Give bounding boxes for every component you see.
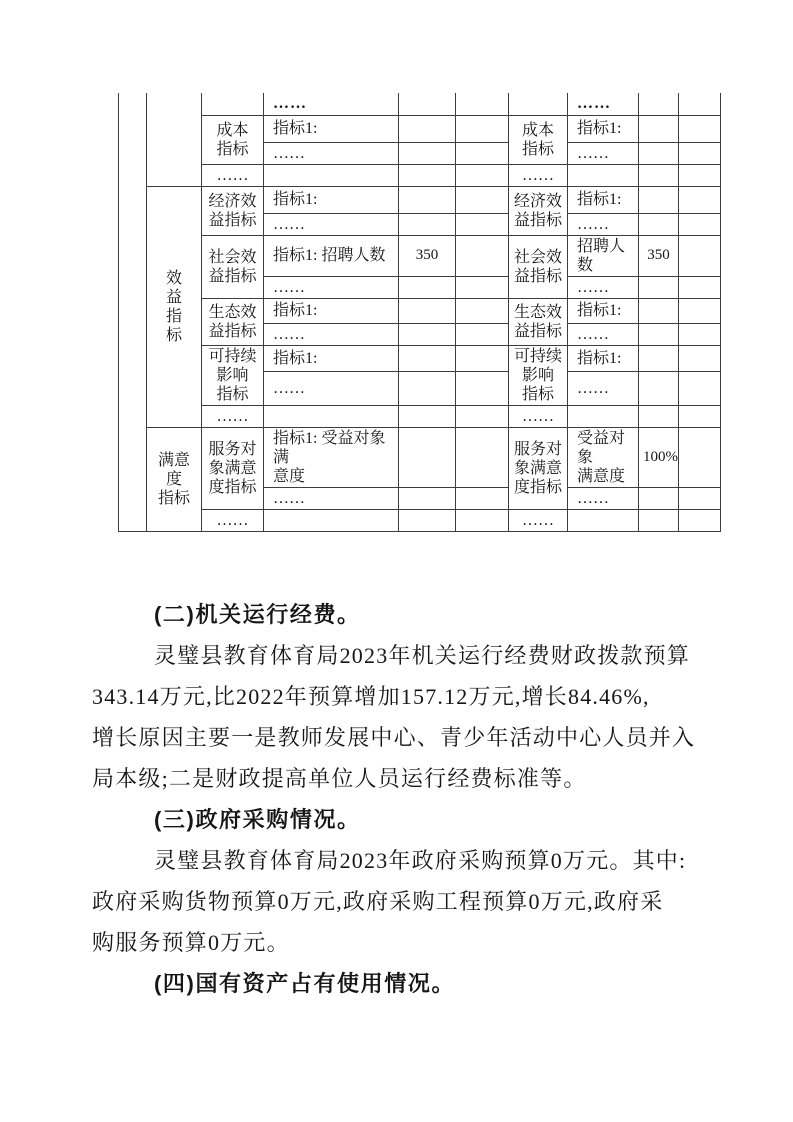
value-cell-empty [639, 405, 679, 427]
value-cell-empty [399, 405, 456, 427]
value-cell-empty [639, 164, 679, 186]
table-row: 效 益 指 标 经济效 益指标 指标1: 经济效 益指标 指标1: [119, 186, 721, 213]
value-cell-empty [639, 142, 679, 164]
value-cell-empty [399, 164, 456, 186]
value-cell-empty [399, 276, 456, 298]
value-cell-empty [639, 186, 679, 213]
indicator-cell-empty [264, 509, 399, 531]
value-cell-empty [399, 298, 456, 323]
indicator1-cell: 指标1: [264, 345, 399, 371]
indicator-beneficiary-left: 指标1: 受益对象满 意度 [264, 427, 399, 487]
value-recruitment-left: 350 [399, 235, 456, 276]
value-cell-empty [639, 213, 679, 235]
subcat-service-left: 服务对 象满意 度指标 [202, 427, 264, 509]
value-cell-empty [639, 298, 679, 323]
table-row: …… …… [119, 509, 721, 531]
indicator-recruitment-left: 指标1: 招聘人数 [264, 235, 399, 276]
indicator-ellipsis-right: …… [568, 93, 639, 115]
paragraph-line: 灵璧县教育体育局2023年政府采购预算0万元。其中: [92, 840, 717, 881]
subcat-economic-left: 经济效 益指标 [202, 186, 264, 235]
ellipsis-cell: …… [264, 142, 399, 164]
table-row: …… …… [119, 405, 721, 427]
value-cell-empty [399, 115, 456, 142]
indicator-ellipsis-left: …… [264, 93, 399, 115]
spare-cell-empty [456, 405, 509, 427]
value-cell-empty [639, 487, 679, 509]
spare-cell-empty [456, 509, 509, 531]
value-satisfaction-right: 100% [639, 427, 679, 487]
indicator-cell-empty [568, 164, 639, 186]
value-cell-empty [399, 487, 456, 509]
value-cell-empty [399, 93, 456, 115]
spare-cell-empty [456, 427, 509, 487]
spare-cell-empty [456, 142, 509, 164]
spare-cell-empty [456, 235, 509, 276]
spare-cell-empty [456, 371, 509, 405]
spare-cell-empty [456, 276, 509, 298]
indicator-beneficiary-right: 受益对象 满意度 [568, 427, 639, 487]
indicator1-cell: 指标1: [568, 345, 639, 371]
ellipsis-cell: …… [568, 487, 639, 509]
spare-cell-empty [679, 115, 721, 142]
spare-cell-empty [456, 186, 509, 213]
ellipsis-cell: …… [568, 276, 639, 298]
subcat-ellipsis-right: …… [509, 509, 568, 531]
table-row: …… …… [119, 164, 721, 186]
indicator1-cell: 指标1: [264, 298, 399, 323]
spare-cell-empty [679, 487, 721, 509]
value-cell-empty [399, 427, 456, 487]
indicator1-cell: 指标1: [264, 186, 399, 213]
table-row: 生态效 益指标 指标1: 生态效 益指标 指标1: [119, 298, 721, 323]
spare-cell-empty [679, 323, 721, 345]
spare-cell-empty [456, 93, 509, 115]
spare-cell-empty [456, 345, 509, 371]
value-cell-empty [399, 142, 456, 164]
ellipsis-cell: …… [264, 371, 399, 405]
paragraph-line: 购服务预算0万元。 [92, 922, 717, 963]
spare-cell-empty [679, 509, 721, 531]
paragraph-line: 灵璧县教育体育局2023年机关运行经费财政拨款预算 [92, 635, 717, 676]
subcat-social-left: 社会效 益指标 [202, 235, 264, 298]
subcat-ecological-right: 生态效 益指标 [509, 298, 568, 345]
spare-cell-empty [456, 213, 509, 235]
subcat-cell-empty-right [509, 93, 568, 115]
ellipsis-cell: …… [264, 487, 399, 509]
paragraph-line: 343.14万元,比2022年预算增加157.12万元,增长84.46%, [92, 676, 717, 717]
subcat-ellipsis-left: …… [202, 405, 264, 427]
subcat-social-right: 社会效 益指标 [509, 235, 568, 298]
table-row: 成本 指标 指标1: 成本 指标 指标1: [119, 115, 721, 142]
spare-cell-empty [456, 323, 509, 345]
subcat-ecological-left: 生态效 益指标 [202, 298, 264, 345]
subcat-economic-right: 经济效 益指标 [509, 186, 568, 235]
group-satisfaction-cell: 满意度 指标 [147, 427, 202, 531]
value-cell-empty [399, 213, 456, 235]
value-recruitment-right: 350 [639, 235, 679, 276]
spare-cell-empty [679, 235, 721, 276]
value-cell-empty [399, 186, 456, 213]
ellipsis-cell: …… [264, 213, 399, 235]
spare-cell-empty [679, 405, 721, 427]
spare-cell-empty [679, 213, 721, 235]
section-heading-4: (四)国有资产占有使用情况。 [92, 963, 717, 1004]
spare-cell-empty [679, 276, 721, 298]
group-cell-empty [147, 93, 202, 186]
spare-cell-empty [679, 298, 721, 323]
document-page: …… …… 成本 指标 指标1: 成本 指标 指标1: …… …… [0, 0, 793, 1122]
value-cell-empty [639, 323, 679, 345]
ellipsis-cell: …… [264, 276, 399, 298]
spare-cell-empty [679, 93, 721, 115]
table-row: …… …… [119, 93, 721, 115]
subcat-service-right: 服务对 象满意 度指标 [509, 427, 568, 509]
table-row: 社会效 益指标 指标1: 招聘人数 350 社会效 益指标 招聘人数 350 [119, 235, 721, 276]
performance-indicator-table: …… …… 成本 指标 指标1: 成本 指标 指标1: …… …… [118, 93, 721, 532]
value-cell-empty [399, 345, 456, 371]
indicator1-cell: 指标1: [568, 186, 639, 213]
subcat-ellipsis-left: …… [202, 509, 264, 531]
paragraph-line: 政府采购货物预算0万元,政府采购工程预算0万元,政府采 [92, 881, 717, 922]
subcat-ellipsis-left: …… [202, 164, 264, 186]
value-cell-empty [399, 323, 456, 345]
section-heading-2: (二)机关运行经费。 [92, 594, 717, 635]
value-cell-empty [639, 115, 679, 142]
indicator-cell-empty [568, 509, 639, 531]
subcat-cost-left: 成本 指标 [202, 115, 264, 164]
subcat-ellipsis-right: …… [509, 164, 568, 186]
spare-cell-empty [679, 164, 721, 186]
indicator1-cell: 指标1: [568, 115, 639, 142]
ellipsis-cell: …… [568, 213, 639, 235]
subcat-sustainable-left: 可持续 影响 指标 [202, 345, 264, 405]
spare-cell-empty [679, 427, 721, 487]
table-row: 可持续 影响 指标 指标1: 可持续 影响 指标 指标1: [119, 345, 721, 371]
spare-cell-empty [679, 142, 721, 164]
value-cell-empty [639, 371, 679, 405]
subcat-cost-right: 成本 指标 [509, 115, 568, 164]
spare-cell-empty [679, 345, 721, 371]
indicator-cell-empty [264, 164, 399, 186]
spare-cell-empty [456, 298, 509, 323]
subcat-ellipsis-right: …… [509, 405, 568, 427]
indicator1-cell: 指标1: [264, 115, 399, 142]
value-cell-empty [639, 276, 679, 298]
indicator1-cell: 指标1: [568, 298, 639, 323]
subcat-sustainable-right: 可持续 影响 指标 [509, 345, 568, 405]
spare-cell-empty [456, 115, 509, 142]
spare-cell-empty [456, 164, 509, 186]
group-benefit-cell: 效 益 指 标 [147, 186, 202, 427]
paragraph-line: 局本级;二是财政提高单位人员运行经费标准等。 [92, 758, 717, 799]
value-cell-empty [399, 509, 456, 531]
section-heading-3: (三)政府采购情况。 [92, 799, 717, 840]
ellipsis-cell: …… [568, 142, 639, 164]
outer-spacer-cell [119, 93, 147, 531]
spare-cell-empty [456, 487, 509, 509]
spare-cell-empty [679, 186, 721, 213]
indicator-cell-empty [568, 405, 639, 427]
value-cell-empty [639, 345, 679, 371]
body-text: (二)机关运行经费。 灵璧县教育体育局2023年机关运行经费财政拨款预算 343… [92, 594, 717, 1004]
value-cell-empty [399, 371, 456, 405]
table-row: 满意度 指标 服务对 象满意 度指标 指标1: 受益对象满 意度 服务对 象满意… [119, 427, 721, 487]
ellipsis-cell: …… [264, 323, 399, 345]
value-cell-empty [639, 509, 679, 531]
value-cell-empty [639, 93, 679, 115]
paragraph-line: 增长原因主要一是教师发展中心、青少年活动中心人员并入 [92, 717, 717, 758]
ellipsis-cell: …… [568, 371, 639, 405]
ellipsis-cell: …… [568, 323, 639, 345]
indicator-recruitment-right: 招聘人数 [568, 235, 639, 276]
spare-cell-empty [679, 371, 721, 405]
indicator-cell-empty [264, 405, 399, 427]
subcat-cell-empty-left [202, 93, 264, 115]
